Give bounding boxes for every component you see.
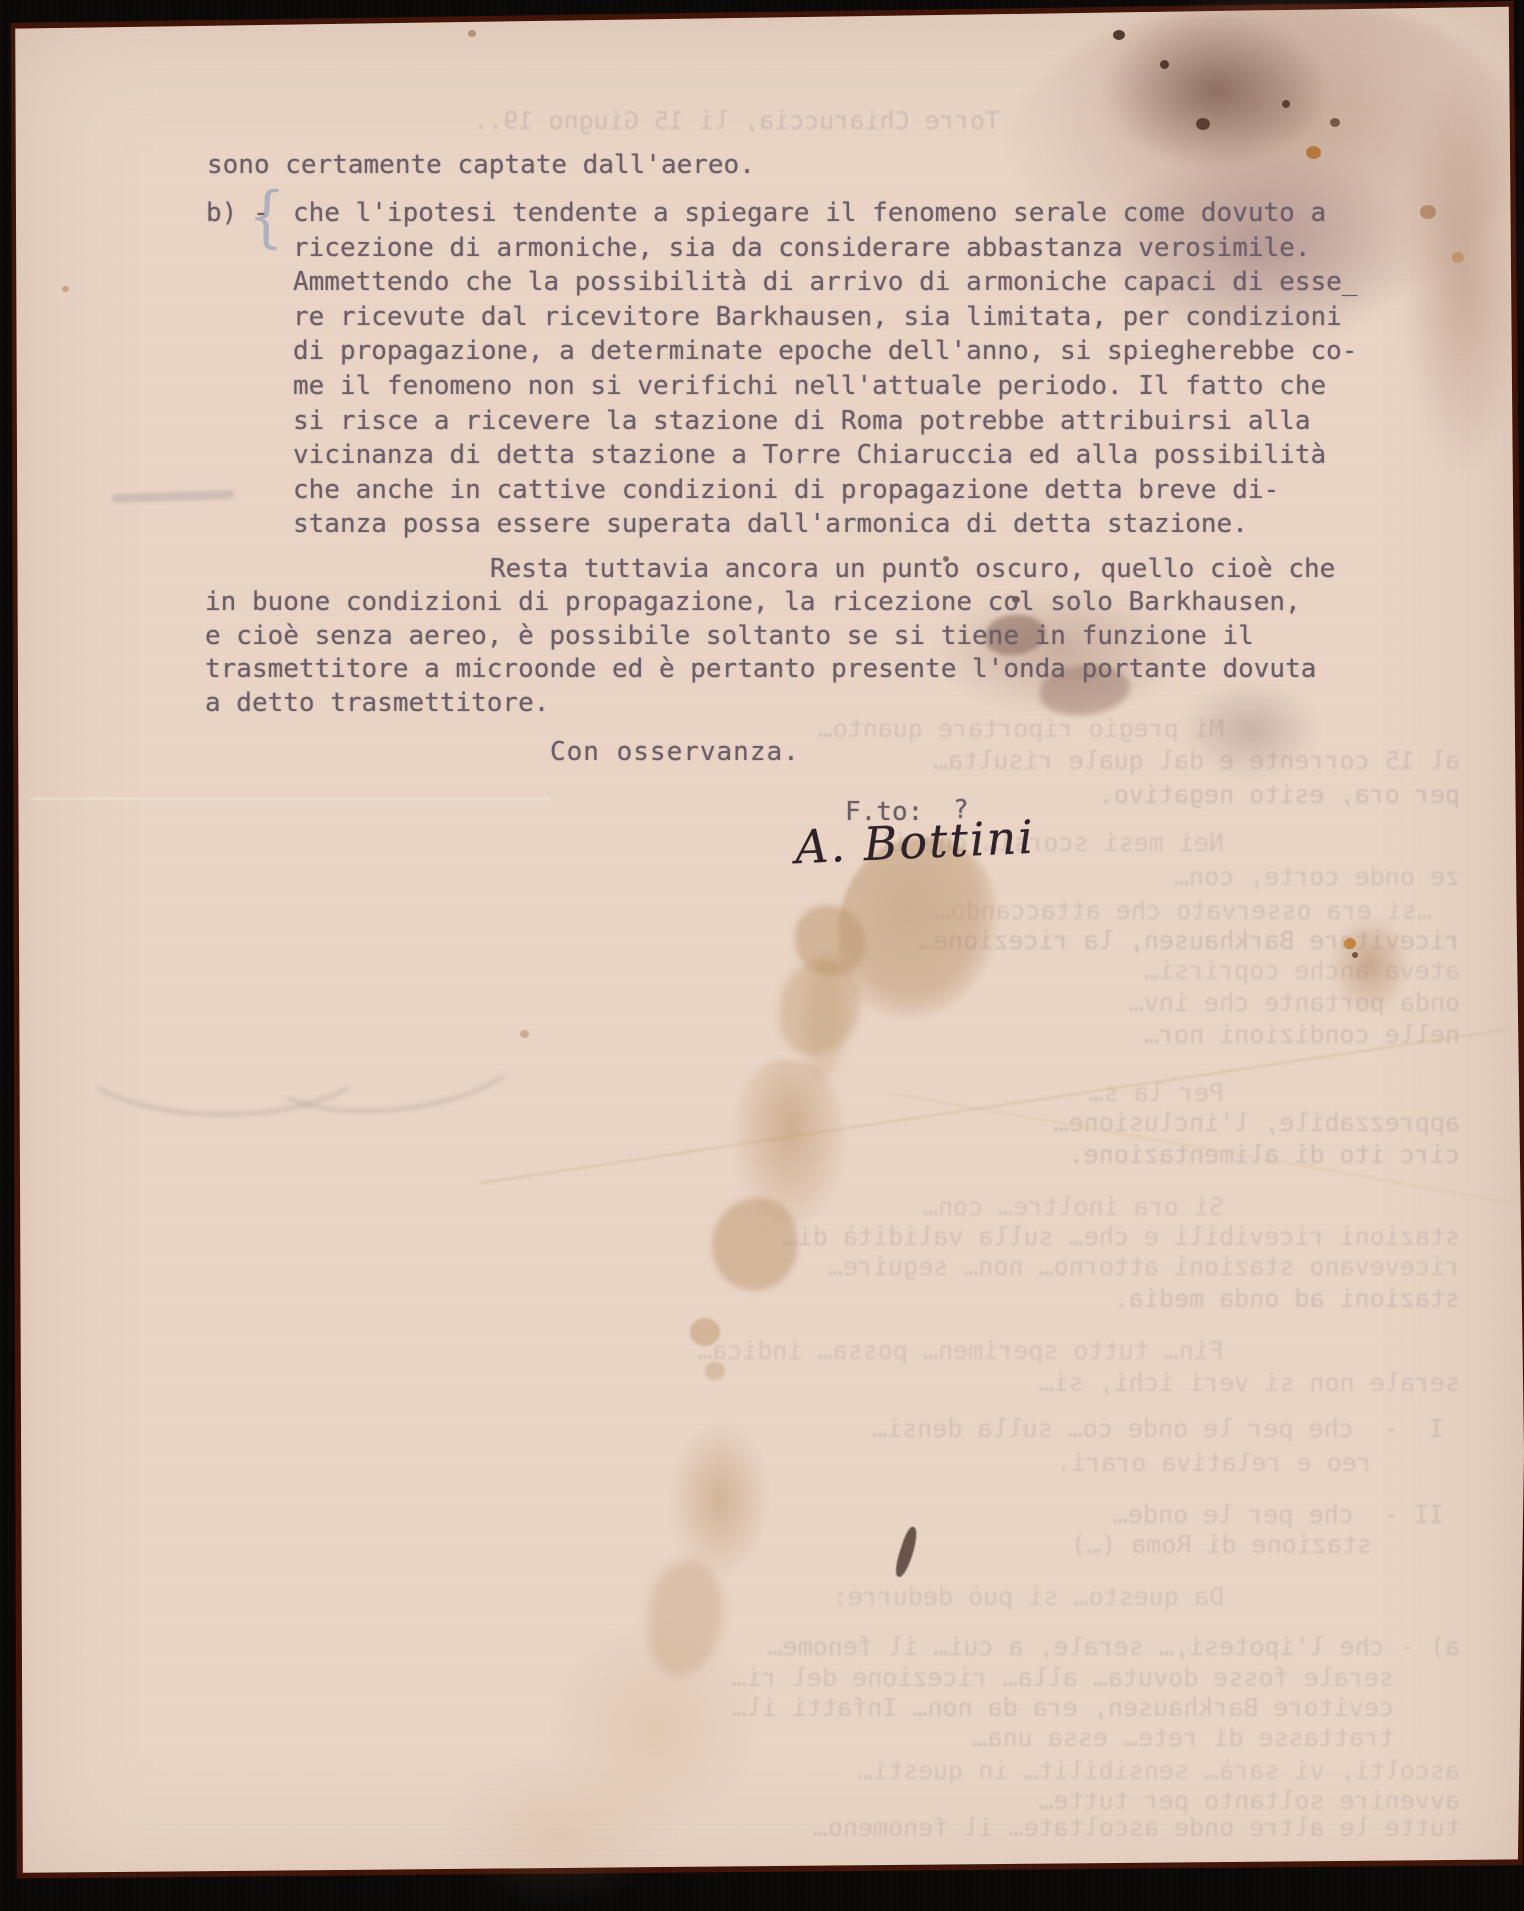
bleedthrough-line: trattasse di rete… essa una… [973, 1723, 1394, 1752]
bleedthrough-line: reo e relativa orari. [1056, 1448, 1372, 1477]
bleedthrough-line: Mi pregio riportare quanto… [818, 714, 1224, 743]
bleedthrough-line: II - che per le onde… [1113, 1500, 1444, 1529]
bleedthrough-line: stazione di Roma (…) [1071, 1530, 1372, 1559]
typed-line: che anche in cattive condizioni di propa… [293, 475, 1279, 505]
typed-line: me il fenomeno non si verifichi nell'att… [293, 371, 1326, 401]
closing-salutation: Con osservanza. [550, 737, 800, 767]
bleedthrough-line: tutte le altre onde ascoltate… il fenome… [813, 1813, 1460, 1842]
bleedthrough-line: ricevitore Barkhausen, la ricezione… [918, 926, 1460, 955]
bleedthrough-line: avvenire soltanto per tutte… [1039, 1786, 1460, 1815]
bleedthrough-line: ateva anche coprirsi… [1144, 956, 1460, 985]
typed-line: stanza possa essere superata dall'armoni… [293, 509, 1248, 539]
bleedthrough-line: onda portante che inv… [1129, 988, 1460, 1017]
typed-line: vicinanza di detta stazione a Torre Chia… [293, 440, 1326, 470]
scanned-letter-page: Torre Chiaruccia, li 15 Giugno 19..Mi pr… [0, 0, 1524, 1911]
bleedthrough-line: serale fosse dovuta… alla… ricezione del… [732, 1663, 1394, 1692]
typed-line: di propagazione, a determinate epoche de… [293, 336, 1357, 366]
bleedthrough-line: Da questo… si può dedurre: [833, 1582, 1224, 1611]
bleedthrough-line: serale non si veri ichi, si… [1039, 1368, 1460, 1397]
bleedthrough-line: ricevevano stazioni attorno… non… seguir… [828, 1252, 1460, 1281]
typed-line: Ammettendo che la possibilità di arrivo … [293, 267, 1357, 297]
bleedthrough-line: Si ora inoltre… con… [923, 1192, 1224, 1221]
typed-line: in buone condizioni di propagazione, la … [205, 587, 1301, 617]
bleedthrough-line: Torre Chiaruccia, li 15 Giugno 19.. [473, 106, 1000, 135]
bleedthrough-line: a) - che l'ipotesi,… serale, a cui… il f… [768, 1632, 1460, 1661]
typed-line: Resta tuttavia ancora un punto oscuro, q… [490, 554, 1335, 584]
bleedthrough-line: I - che per le onde co… sulla densi… [872, 1414, 1444, 1443]
bleedthrough-line: Fin… tutto sperimen… possa… indica… [697, 1336, 1224, 1365]
bleedthrough-line: al 15 corrente e dal quale risulta… [933, 746, 1460, 775]
typed-line: e cioè senza aereo, è possibile soltanto… [205, 621, 1254, 651]
blue-pencil-brace-mark: { [247, 176, 286, 256]
typed-line: ricezione di armoniche, sia da considera… [293, 233, 1310, 263]
typed-line: che l'ipotesi tendente a spiegare il fen… [293, 198, 1326, 228]
bleedthrough-line: circ ito di alimentazione. [1069, 1140, 1460, 1169]
typed-line: a detto trasmettitore. [205, 688, 549, 718]
bleedthrough-line: apprezzabile, l'inclusione… [1054, 1108, 1460, 1137]
bleedthrough-line: per ora, esito negativo. [1099, 780, 1460, 809]
typed-line: trasmettitore a microonde ed è pertanto … [205, 654, 1316, 684]
bleedthrough-line: ascolti, vi sarà… sensibilit… in questi… [858, 1756, 1460, 1785]
handwritten-signature: A. Bottini [794, 810, 1036, 874]
bleedthrough-line: Per la s… [1089, 1078, 1224, 1107]
bleedthrough-line: …si era osservato che attaccando… [935, 896, 1432, 925]
opening-line: sono certamente captate dall'aereo. [207, 150, 755, 180]
typed-line: re ricevute dal ricevitore Barkhausen, s… [293, 302, 1342, 332]
bleedthrough-line: stazioni ricevibili e che… sulla validit… [783, 1222, 1460, 1251]
bleedthrough-line: cevitore Barkhausen, era da non… Infatti… [732, 1693, 1394, 1722]
bleedthrough-line: ze onde corte, con… [1174, 862, 1460, 891]
bleedthrough-line: stazioni ad onda media. [1114, 1284, 1460, 1313]
bleedthrough-line: nelle condizioni nor… [1144, 1020, 1460, 1049]
typed-line: si risce a ricevere la stazione di Roma … [293, 406, 1310, 436]
